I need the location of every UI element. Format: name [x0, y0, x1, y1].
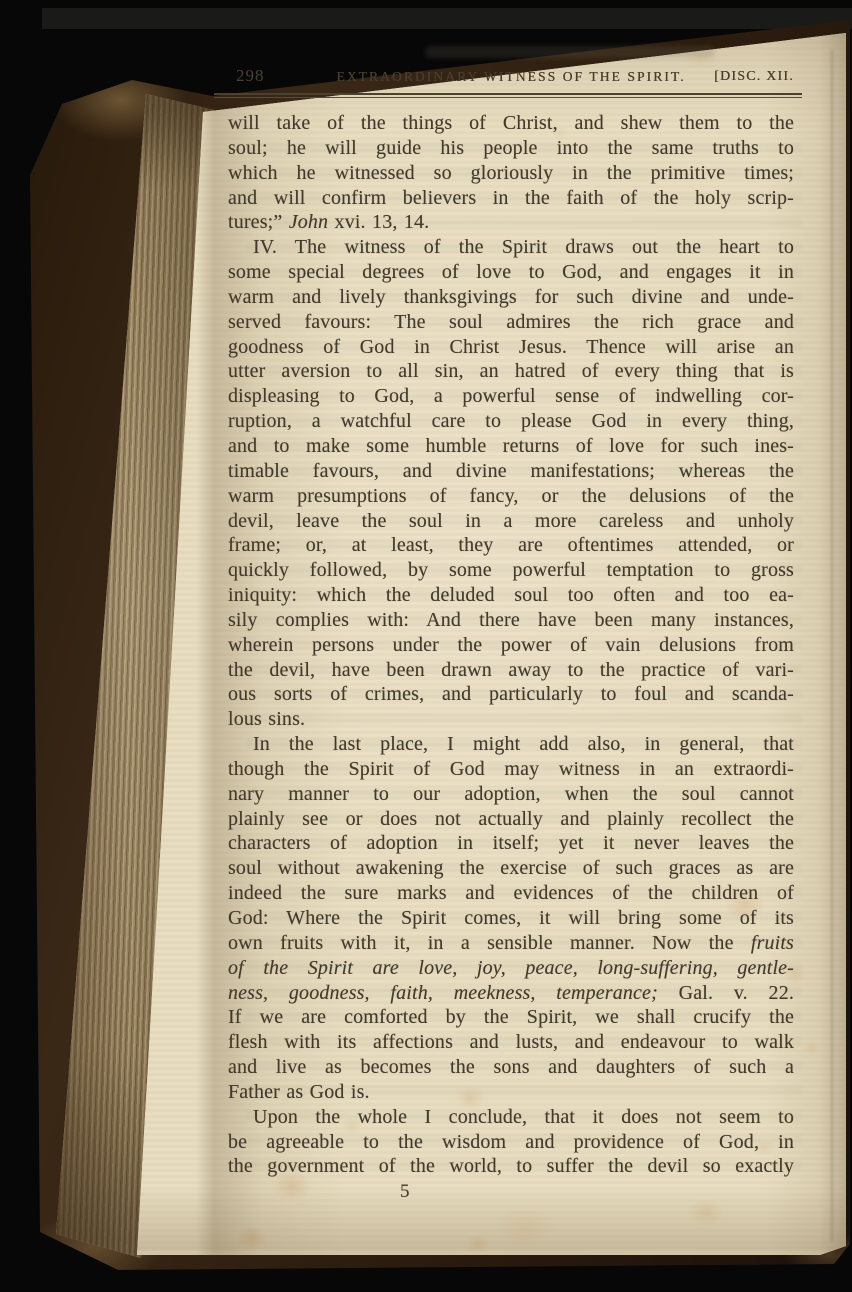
- paragraph: IV. The witness of the Spirit draws out …: [228, 235, 794, 732]
- text-line: soul without awakening the exercise of s…: [228, 856, 794, 881]
- text-line: though the Spirit of God may witness in …: [228, 757, 794, 782]
- text-line: and to make some humble returns of love …: [228, 434, 794, 459]
- text-line: flesh with its affections and lusts, and…: [228, 1030, 794, 1055]
- header-bleedthrough-smudge: [425, 46, 715, 58]
- text-line: and will confirm believers in the faith …: [228, 186, 794, 211]
- paragraph: Upon the whole I conclude, that it does …: [228, 1105, 794, 1180]
- text-line: devil, leave the soul in a more careless…: [228, 509, 794, 534]
- text-line: Upon the whole I conclude, that it does …: [228, 1105, 794, 1130]
- text-block: will take of the things of Christ, and s…: [228, 111, 794, 1205]
- paragraph: will take of the things of Christ, and s…: [228, 111, 794, 235]
- text-line: of the Spirit are love, joy, peace, long…: [228, 956, 794, 981]
- text-line: warm and lively thanksgivings for such d…: [228, 285, 794, 310]
- text-line: iniquity: which the deluded soul too oft…: [228, 583, 794, 608]
- text-line: which he witnessed so gloriously in the …: [228, 161, 794, 186]
- text-line: Father as God is.: [228, 1080, 794, 1105]
- text-line: IV. The witness of the Spirit draws out …: [228, 235, 794, 260]
- text-line: own fruits with it, in a sensible manner…: [228, 931, 794, 956]
- text-line: indeed the sure marks and evidences of t…: [228, 881, 794, 906]
- text-line: and live as becomes the sons and daughte…: [228, 1055, 794, 1080]
- text-line: soul; he will guide his people into the …: [228, 136, 794, 161]
- discourse-reference: [DISC. XII.: [714, 68, 794, 84]
- text-line: nary manner to our adoption, when the so…: [228, 782, 794, 807]
- paragraph: In the last place, I might add also, in …: [228, 732, 794, 1105]
- text-line: In the last place, I might add also, in …: [228, 732, 794, 757]
- text-line: warm presumptions of fancy, or the delus…: [228, 484, 794, 509]
- photo-top-strip: [42, 8, 852, 29]
- text-line: ruption, a watchful care to please God i…: [228, 409, 794, 434]
- text-line: timable favours, and divine manifestatio…: [228, 459, 794, 484]
- text-line: ous sorts of crimes, and particularly to…: [228, 682, 794, 707]
- text-line: God: Where the Spirit comes, it will bri…: [228, 906, 794, 931]
- text-line: utter aversion to all sin, an hatred of …: [228, 359, 794, 384]
- book-scan: 298 EXTRAORDINARY WITNESS OF THE SPIRIT.…: [0, 0, 852, 1292]
- text-line: the government of the world, to suffer t…: [228, 1154, 794, 1179]
- text-line: ness, goodness, faith, meekness, tempera…: [228, 981, 794, 1006]
- text-line: displeasing to God, a powerful sense of …: [228, 384, 794, 409]
- text-line: quickly followed, by some powerful tempt…: [228, 558, 794, 583]
- running-header: 298 EXTRAORDINARY WITNESS OF THE SPIRIT.…: [228, 66, 794, 88]
- running-title: EXTRAORDINARY WITNESS OF THE SPIRIT.: [228, 69, 794, 85]
- text-line: wherein persons under the power of vain …: [228, 633, 794, 658]
- text-line: the devil, have been drawn away to the p…: [228, 658, 794, 683]
- signature-mark: 5: [400, 1180, 794, 1205]
- page-gutter-shadow: [831, 50, 833, 1242]
- text-line: plainly see or does not actually and pla…: [228, 807, 794, 832]
- text-line: characters of adoption in itself; yet it…: [228, 831, 794, 856]
- text-line: served favours: The soul admires the ric…: [228, 310, 794, 335]
- text-line: lous sins.: [228, 707, 794, 732]
- header-double-rule: [214, 93, 802, 98]
- text-line: frame; or, at least, they are oftentimes…: [228, 533, 794, 558]
- text-line: will take of the things of Christ, and s…: [228, 111, 794, 136]
- text-line: be agreeable to the wisdom and providenc…: [228, 1130, 794, 1155]
- text-line: tures;” John xvi. 13, 14.: [228, 210, 794, 235]
- text-line: If we are comforted by the Spirit, we sh…: [228, 1005, 794, 1030]
- text-line: some special degrees of love to God, and…: [228, 260, 794, 285]
- text-line: goodness of God in Christ Jesus. Thence …: [228, 335, 794, 360]
- text-line: sily complies with: And there have been …: [228, 608, 794, 633]
